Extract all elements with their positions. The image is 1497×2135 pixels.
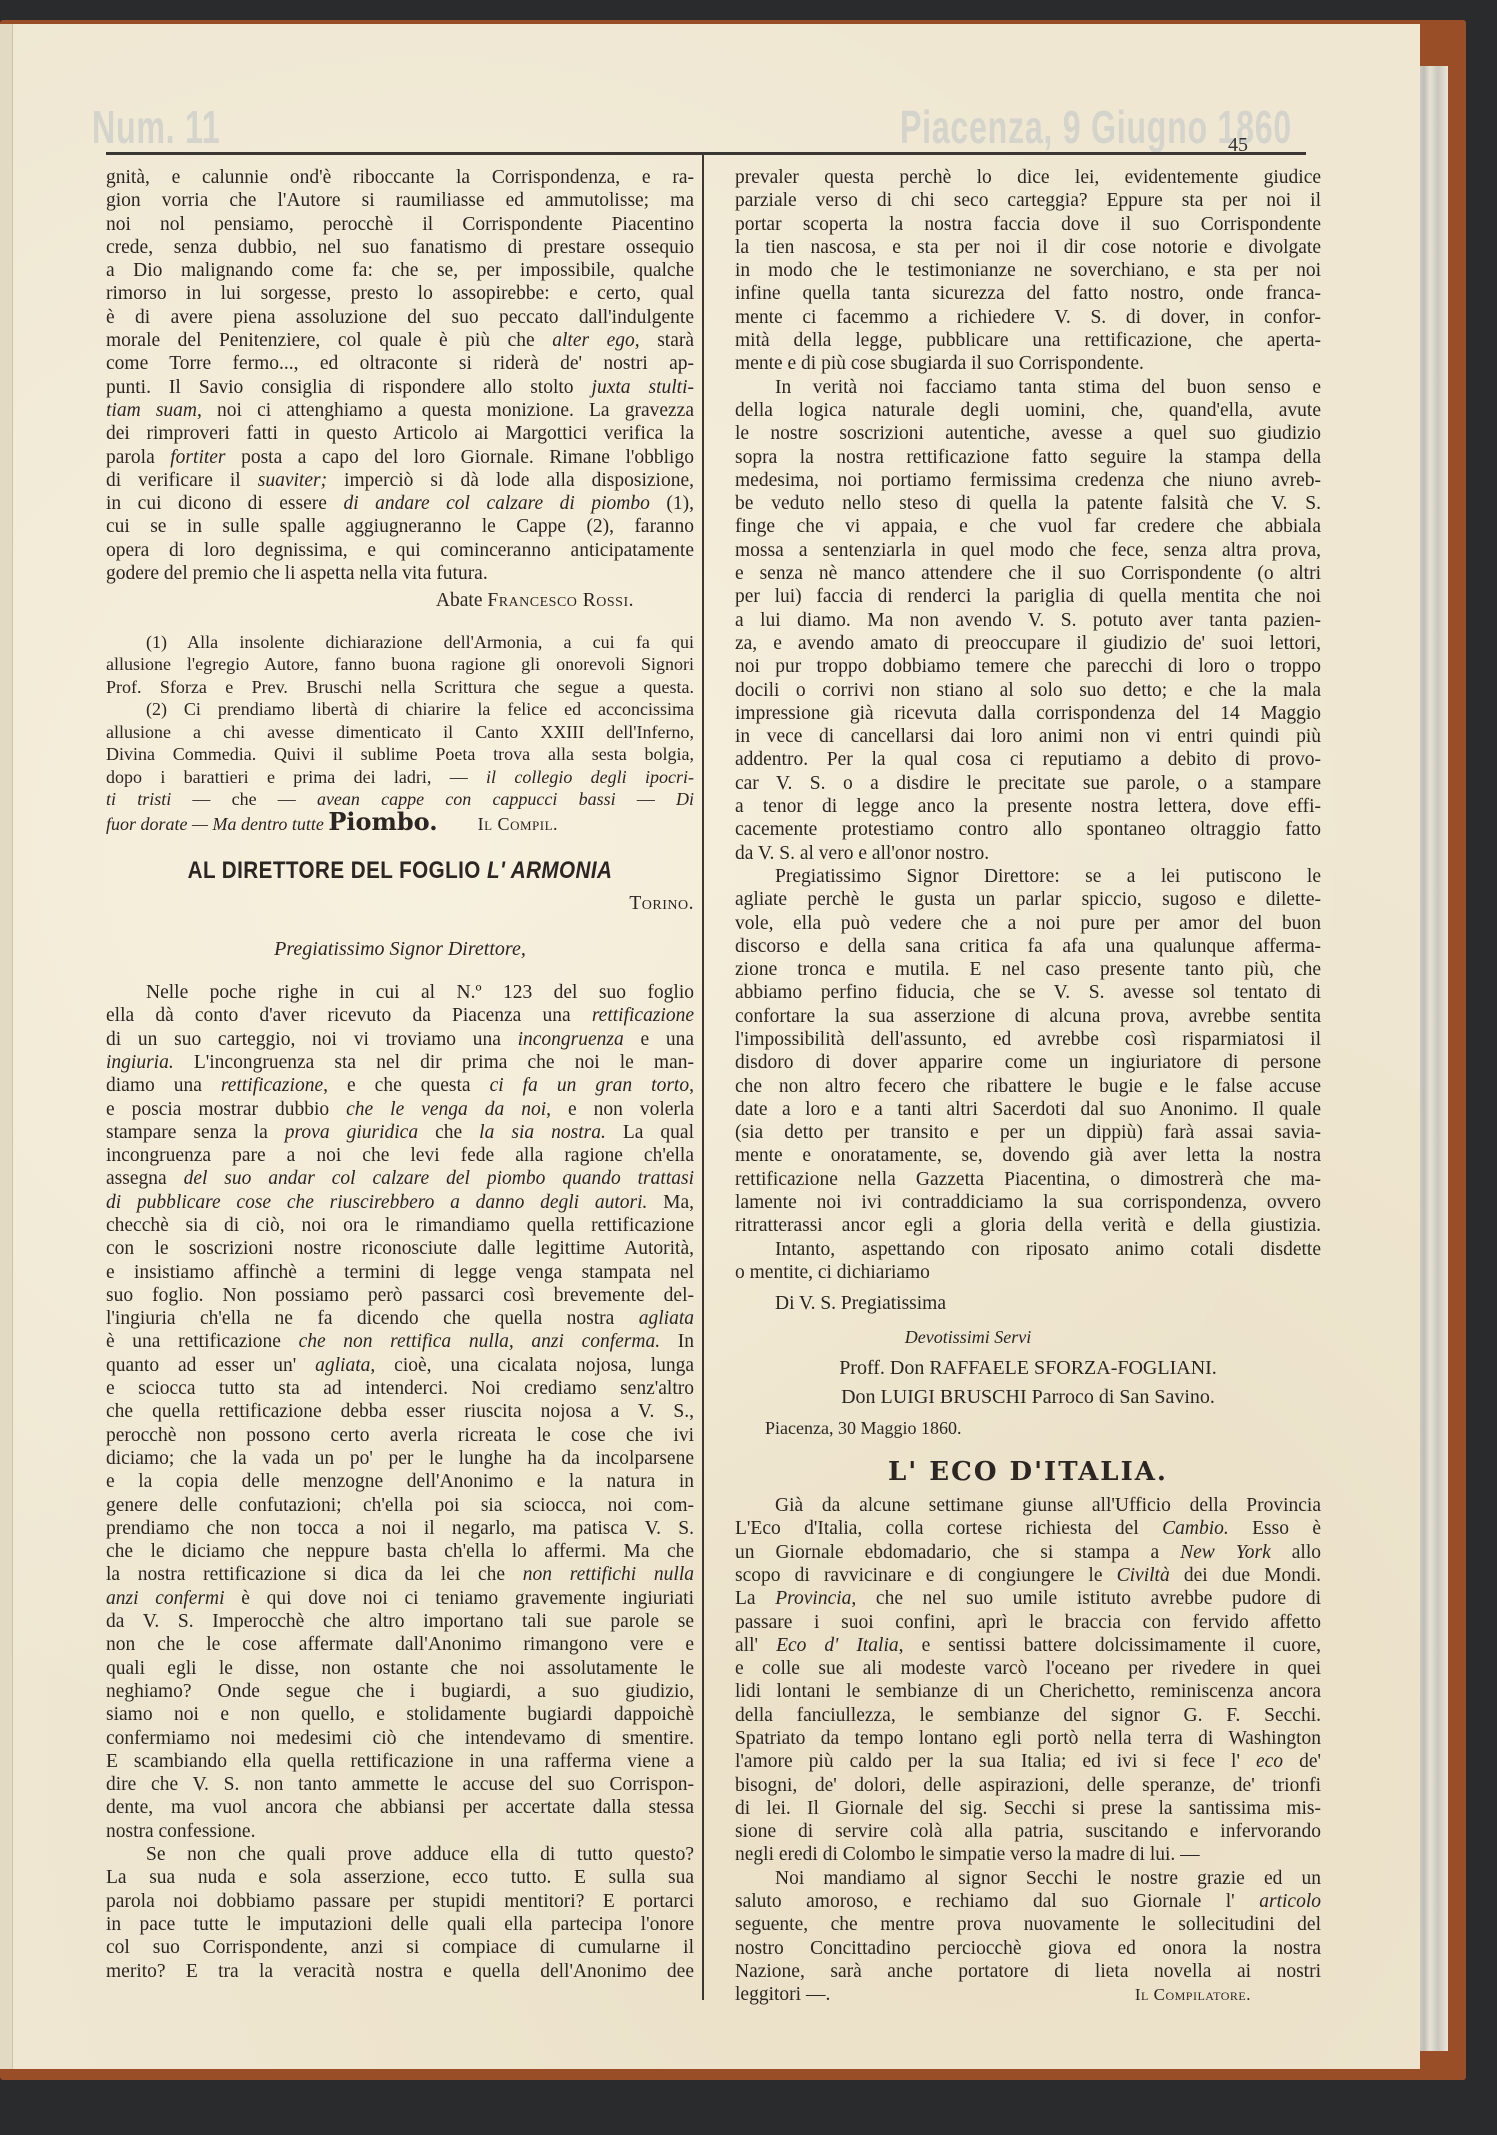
text-line: genere delle confutazioni; ch'ella poi s… <box>106 1494 694 1517</box>
text-line: punti. Il Savio consiglia di rispondere … <box>106 376 694 399</box>
text-line: quanto ad esser un' agliata, cioè, una c… <box>106 1354 694 1377</box>
text-line: car V. S. o a disdire le precitate sue p… <box>735 772 1321 795</box>
text-line: Noi mandiamo al signor Secchi le nostre … <box>735 1867 1321 1890</box>
eco-italia-article: Già da alcune settimane giunse all'Uffic… <box>735 1494 1321 2007</box>
text-line: e la copia delle menzogne dell'Anonimo e… <box>106 1470 694 1493</box>
letter-place: Torino. <box>106 892 694 915</box>
text-line: E scambiando ella quella rettificazione … <box>106 1750 694 1773</box>
text-line: morale del Penitenziere, col quale è più… <box>106 329 694 352</box>
text-line: le nostre soscrizioni autentiche, avesse… <box>735 422 1321 445</box>
text-line: che le diciamo che neppure basta ch'ella… <box>106 1540 694 1563</box>
text-line: assegna del suo andar col calzare del pi… <box>106 1167 694 1190</box>
text-line: cacemente protestiamo contro allo sponta… <box>735 818 1321 841</box>
text-line: confortare la sua asserzione di alcuna p… <box>735 1005 1321 1028</box>
left-column: gnità, e calunnie ond'è riboccante la Co… <box>106 166 694 1983</box>
text-line: di lei. Il Giornale del sig. Secchi si p… <box>735 1797 1321 1820</box>
text-line: l'impossibilità dell'assunto, ed avrebbe… <box>735 1028 1321 1051</box>
text-line: lidi lontani le sembianze di un Cheriche… <box>735 1680 1321 1703</box>
text-line: per lui) faccia di renderci la pariglia … <box>735 585 1321 608</box>
text-line: a tenor di legge anco la presente nostra… <box>735 795 1321 818</box>
text-line: che non altro fecero che ribattere le bu… <box>735 1075 1321 1098</box>
text-line: agliate perchè le gusta un parlar spicci… <box>735 888 1321 911</box>
text-line: parola fortiter posta a capo del loro Gi… <box>106 446 694 469</box>
text-line: Divina Commedia. Quivi il sublime Poeta … <box>106 743 694 766</box>
text-line: cui se in sulle spalle aggiugneranno le … <box>106 515 694 538</box>
footnote-2: (2) Ci prendiamo libertà di chiarire la … <box>106 698 694 721</box>
text-line: è di avere piena assoluzione del suo pec… <box>106 306 694 329</box>
text-line: di pubblicare cose che riuscirebbero a d… <box>106 1191 694 1214</box>
text-line: gnità, e calunnie ond'è riboccante la Co… <box>106 166 694 189</box>
text-line: da V. S. al vero e all'onor nostro. <box>735 842 1321 865</box>
text-line: sopra la nostra rettificazione fatto seg… <box>735 446 1321 469</box>
text-line: leggitori —.Il Compilatore. <box>735 1983 1321 2006</box>
text-line: impressione già ricevuta dalla corrispon… <box>735 702 1321 725</box>
text-line: anzi confermi è qui dove noi ci teniamo … <box>106 1587 694 1610</box>
text-line: docili o corrivi non stiano al solo suo … <box>735 679 1321 702</box>
text-line: mità della legge, pubblicare una rettifi… <box>735 329 1321 352</box>
text-line: suo foglio. Non possiamo però passarci c… <box>106 1284 694 1307</box>
text-line: medesima, noi portiamo fermissima creden… <box>735 469 1321 492</box>
text-line: la tien nascosa, e sta per noi il dir co… <box>735 236 1321 259</box>
dateline: Piacenza, 30 Maggio 1860. <box>735 1417 1321 1440</box>
signer-bruschi: Don LUIGI BRUSCHI Parroco di San Savino. <box>735 1386 1321 1409</box>
text-line: confermiamo noi medesimi ciò che intende… <box>106 1727 694 1750</box>
text-line: prevaler questa perchè lo dice lei, evid… <box>735 166 1321 189</box>
text-line: che quella rettificazione debba esser ri… <box>106 1400 694 1423</box>
letter-continuation: prevaler questa perchè lo dice lei, evid… <box>735 166 1321 1441</box>
letter-salutation: Pregiatissimo Signor Direttore, <box>106 938 694 961</box>
text-line: opera di loro degnissima, e qui comincer… <box>106 539 694 562</box>
text-line: è una rettificazione che non rettifica n… <box>106 1330 694 1353</box>
text-line: Pregiatissimo Signor Direttore: se a lei… <box>735 865 1321 888</box>
show-through-header-left: Num. 11 <box>92 100 220 154</box>
footnote-1: (1) Alla insolente dichiarazione dell'Ar… <box>106 631 694 654</box>
compiler-signature: Il Compilatore. <box>1135 1983 1251 2006</box>
text-line: dente, ma vuol ancora che abbiansi per a… <box>106 1796 694 1819</box>
text-line: Se non che quali prove adduce ella di tu… <box>106 1843 694 1866</box>
text-line: prendiamo che non tocca a noi il negarlo… <box>106 1517 694 1540</box>
text-line: gion vorria che l'Autore si raumiliasse … <box>106 189 694 212</box>
text-line: quali egli le disse, non ostante che noi… <box>106 1657 694 1680</box>
closing-devotissimi: Devotissimi Servi <box>735 1326 1321 1349</box>
text-line: diciamo; che la vada un po' per le lungh… <box>106 1447 694 1470</box>
text-line: mossa a sentenziarla in quel modo che fe… <box>735 539 1321 562</box>
text-line: date a loro e a tanti altri Sacerdoti da… <box>735 1098 1321 1121</box>
text-line: siamo noi e non quello, e stolidamente b… <box>106 1703 694 1726</box>
text-line: rettificazione nella Gazzetta Piacentina… <box>735 1168 1321 1191</box>
text-line: o mentite, ci dichiariamo <box>735 1261 1321 1284</box>
text-line: a Dio malignando come fa: che se, per im… <box>106 259 694 282</box>
text-line: all' Eco d' Italia, e sentissi battere d… <box>735 1634 1321 1657</box>
text-line: in pace tutte le imputazioni delle quali… <box>106 1913 694 1936</box>
column-divider <box>702 155 704 2000</box>
text-line: infine quella tanta sicurezza del fatto … <box>735 282 1321 305</box>
text-line: e sciocca tutto sta ad intenderci. Noi c… <box>106 1377 694 1400</box>
text-line: saluto amoroso, e rechiamo dal suo Giorn… <box>735 1890 1321 1913</box>
text-line: della fanciullezza, le sembianze del sig… <box>735 1704 1321 1727</box>
text-line: la nostra rettificazione si dica da lei … <box>106 1563 694 1586</box>
text-line: Nazione, sarà anche portatore di lieta n… <box>735 1960 1321 1983</box>
text-line: disdoro di dover apparire come un ingiur… <box>735 1051 1321 1074</box>
text-line: noi nol pensiamo, perocchè il Corrispond… <box>106 213 694 236</box>
text-line: rimorso in lui sorgesse, presto lo assop… <box>106 282 694 305</box>
text-line: da V. S. Imperocchè che altro importano … <box>106 1610 694 1633</box>
text-line: seguente, che mentre prova nuovamente le… <box>735 1913 1321 1936</box>
text-line: finge che vi appaia, e che vuol far cred… <box>735 515 1321 538</box>
text-line: Intanto, aspettando con riposato animo c… <box>735 1238 1321 1261</box>
text-line: negli eredi di Colombo le simpatie verso… <box>735 1843 1321 1866</box>
text-line: La Provincia, che nel suo umile istituto… <box>735 1587 1321 1610</box>
letter-heading: AL DIRETTORE DEL FOGLIO L' ARMONIA <box>147 859 653 882</box>
text-line: a lui diamo. Ma non avendo V. S. potuto … <box>735 609 1321 632</box>
text-line: In verità noi facciamo tanta stima del b… <box>735 376 1321 399</box>
text-line: in cui dicono di essere di andare col ca… <box>106 492 694 515</box>
text-line: di verificare il suaviter; imperciò si d… <box>106 469 694 492</box>
text-line: merito? E tra la veracità nostra e quell… <box>106 1960 694 1983</box>
text-line: dei rimproveri fatti in questo Articolo … <box>106 422 694 445</box>
text-line: dopo i barattieri e prima dei ladri, — i… <box>106 766 694 789</box>
text-line: allusione l'egregio Autore, fanno buona … <box>106 653 694 676</box>
text-line: sione di servire colà alla patria, susci… <box>735 1820 1321 1843</box>
text-line: di un suo carteggio, noi vi troviamo una… <box>106 1028 694 1051</box>
text-line: crede, senza dubbio, nel suo fanatismo d… <box>106 236 694 259</box>
text-line: zione tronca e mutila. E nel caso presen… <box>735 958 1321 981</box>
text-line: La sua nuda e sola asserzione, ecco tutt… <box>106 1866 694 1889</box>
text-line: col suo Corrispondente, anzi si compiace… <box>106 1936 694 1959</box>
text-line: perocchè non possono certo averla ricrea… <box>106 1424 694 1447</box>
text-line: bisogni, de' dolori, delle aspirazioni, … <box>735 1774 1321 1797</box>
text-line: con le soscrizioni nostre riconosciute d… <box>106 1237 694 1260</box>
text-line: e poscia mostrar dubbio che le venga da … <box>106 1098 694 1121</box>
text-line: ella dà conto d'aver ricevuto da Piacenz… <box>106 1004 694 1027</box>
text-line: parziale verso di chi seco carteggia? Ep… <box>735 189 1321 212</box>
text-line: della logica naturale degli uomini, che,… <box>735 399 1321 422</box>
text-line: mente e di più cose sbugiarda il suo Cor… <box>735 352 1321 375</box>
text-line: diamo una rettificazione, e che questa c… <box>106 1074 694 1097</box>
text-line: parola noi dobbiamo passare per stupidi … <box>106 1890 694 1913</box>
text-line: e colle sue ali modeste varcò l'oceano p… <box>735 1657 1321 1680</box>
footnotes: (1) Alla insolente dichiarazione dell'Ar… <box>106 631 694 836</box>
text-line: (sia detto per transito e per un dippiù)… <box>735 1121 1321 1144</box>
text-line: nostro Concittadino perciocchè giova ed … <box>735 1937 1321 1960</box>
signer-sforza-fogliani: Proff. Don RAFFAELE SFORZA-FOGLIANI. <box>735 1357 1321 1380</box>
author-signature: Abate Francesco Rossi. <box>106 589 694 612</box>
text-line: dire che V. S. non tanto ammette le accu… <box>106 1773 694 1796</box>
text-line: in modo che le testimonianze ne soverchi… <box>735 259 1321 282</box>
text-line: in vece di cancellarsi dai loro animi no… <box>735 725 1321 748</box>
text-line: stampare senza la prova giuridica che la… <box>106 1121 694 1144</box>
text-line: come Torre fermo..., ed oltraconte si ri… <box>106 352 694 375</box>
text-line: be veduto nello steso di quella la paten… <box>735 492 1321 515</box>
article-continuation: gnità, e calunnie ond'è riboccante la Co… <box>106 166 694 613</box>
text-line: checchè sia di ciò, noi ora le rimandiam… <box>106 1214 694 1237</box>
text-line: un Giornale ebdomadario, che si stampa a… <box>735 1541 1321 1564</box>
text-line: addentro. Per la qual cosa ci reputiamo … <box>735 748 1321 771</box>
right-column: prevaler questa perchè lo dice lei, evid… <box>735 166 1321 2007</box>
text-line: Spatriato da tempo lontano egli portò ne… <box>735 1727 1321 1750</box>
text-line: Prof. Sforza e Prev. Bruschi nella Scrit… <box>106 676 694 699</box>
text-line: nostra confessione. <box>106 1820 694 1843</box>
text-line: discorso e della sana critica fa afa una… <box>735 935 1321 958</box>
section-title-eco-italia: L' ECO D'ITALIA. <box>735 1461 1321 1484</box>
text-line: vole, ella può vedere che a noi pure per… <box>735 912 1321 935</box>
text-line: neghiamo? Onde segue che i bugiardi, a s… <box>106 1680 694 1703</box>
letter-closing: Di V. S. Pregiatissima <box>735 1292 1321 1315</box>
text-line: allusione a chi avesse dimenticato il Ca… <box>106 721 694 744</box>
text-line: L'Eco d'Italia, colla cortese richiesta … <box>735 1517 1321 1540</box>
text-line: e senza nè manco attendere che il suo Co… <box>735 562 1321 585</box>
text-line: lamente noi ivi contraddiciamo la sua co… <box>735 1191 1321 1214</box>
compiler-signature: Il Compil. <box>478 814 558 834</box>
text-line: mente ci facemmo a richiedere V. S. di d… <box>735 306 1321 329</box>
text-line: l'ingiuria ch'ella ne fa dicendo che que… <box>106 1307 694 1330</box>
text-line: ingiuria. L'incongruenza sta nel dir pri… <box>106 1051 694 1074</box>
text-line: za, e avendo amato di preoccupare il giu… <box>735 632 1321 655</box>
text-line: portar scoperta la nostra faccia dove il… <box>735 213 1321 236</box>
text-line: Nelle poche righe in cui al N.º 123 del … <box>106 981 694 1004</box>
text-line: mente e onoratamente, se, dovendo già av… <box>735 1144 1321 1167</box>
text-line: noi pur troppo dobbiamo temere che parec… <box>735 655 1321 678</box>
text-line: e insistiamo affinchè a termini di legge… <box>106 1261 694 1284</box>
emphasis-piombo: Piombo. <box>328 807 437 836</box>
text-line: fuor dorate — Ma dentro tutte Piombo.Il … <box>106 811 694 836</box>
text-line: non che le cose affermate dall'Anonimo r… <box>106 1633 694 1656</box>
text-line: tiam suam, noi ci attenghiamo a questa m… <box>106 399 694 422</box>
text-line: incongruenza pare a noi che levi fede al… <box>106 1144 694 1167</box>
text-line: abbiamo perfino fiducia, che se V. S. av… <box>735 981 1321 1004</box>
text-line: Già da alcune settimane giunse all'Uffic… <box>735 1494 1321 1517</box>
text-line: l'amore più caldo per la sua Italia; ed … <box>735 1750 1321 1773</box>
text-line: ritratterassi ancor egli a gloria della … <box>735 1214 1321 1237</box>
text-line: scopo di ravvicinare e di congiungere le… <box>735 1564 1321 1587</box>
text-line: passare i suoi confini, aprì le braccia … <box>735 1611 1321 1634</box>
binding-gutter <box>0 24 13 2069</box>
letter-body: Nelle poche righe in cui al N.º 123 del … <box>106 981 694 1983</box>
header-rule <box>106 152 1306 155</box>
text-line: godere del premio che li aspetta nella v… <box>106 562 694 585</box>
